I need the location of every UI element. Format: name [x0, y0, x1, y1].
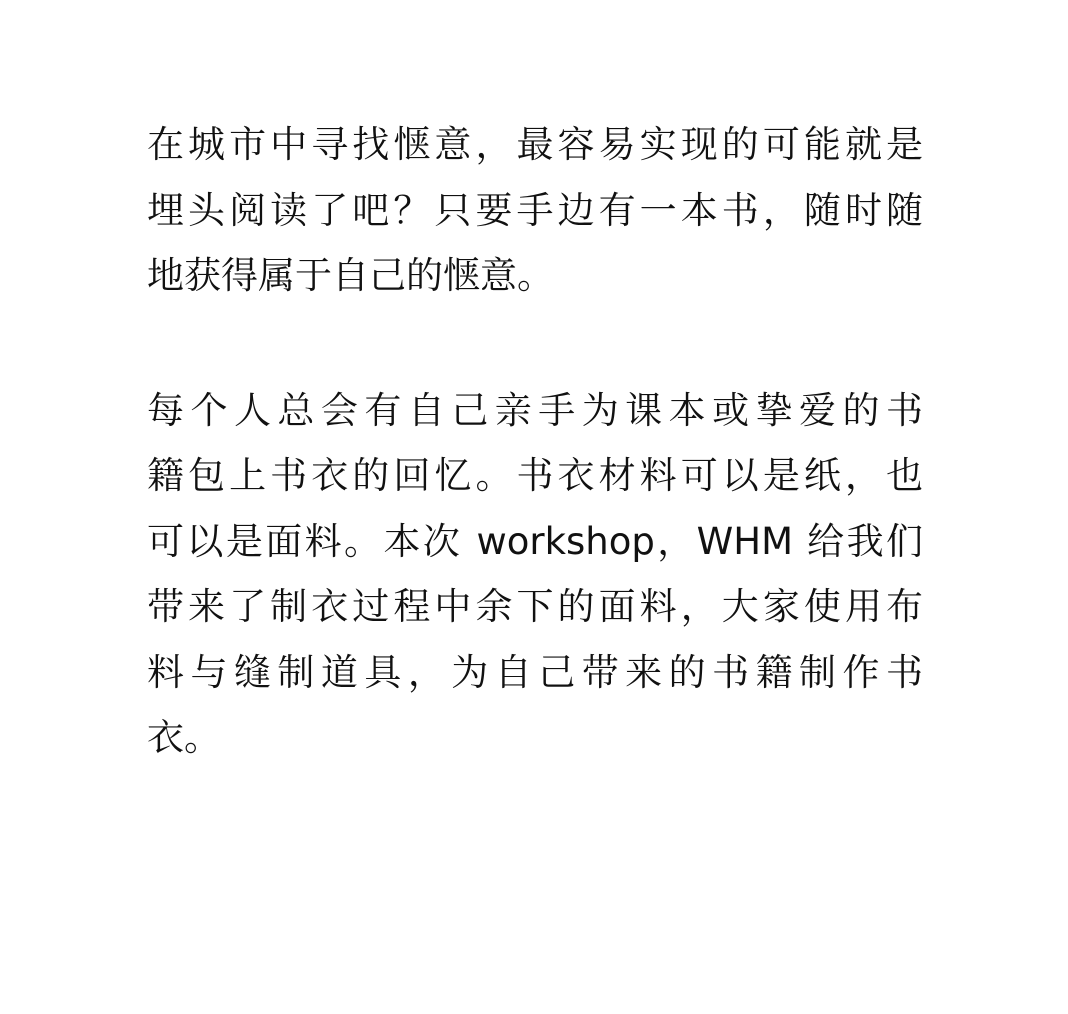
- text-line: 料与缝制道具，为自己带来的书籍制作书: [147, 640, 923, 706]
- text-line: 籍包上书衣的回忆。书衣材料可以是纸，也: [147, 443, 923, 509]
- article-body: 在城市中寻找惬意，最容易实现的可能就是 埋头阅读了吧？只要手边有一本书，随时随 …: [147, 112, 923, 771]
- text-line: 埋头阅读了吧？只要手边有一本书，随时随: [147, 178, 923, 244]
- text-line: 在城市中寻找惬意，最容易实现的可能就是: [147, 112, 923, 178]
- text-line: 衣。: [147, 705, 923, 771]
- paragraph-intro: 在城市中寻找惬意，最容易实现的可能就是 埋头阅读了吧？只要手边有一本书，随时随 …: [147, 112, 923, 309]
- text-line: 每个人总会有自己亲手为课本或挚爱的书: [147, 378, 923, 444]
- text-line: 带来了制衣过程中余下的面料，大家使用布: [147, 574, 923, 640]
- text-line: 可以是面料。本次 workshop，WHM 给我们: [147, 509, 923, 575]
- text-line: 地获得属于自己的惬意。: [147, 243, 923, 309]
- paragraph-spacer: [147, 309, 923, 378]
- paragraph-workshop: 每个人总会有自己亲手为课本或挚爱的书 籍包上书衣的回忆。书衣材料可以是纸，也 可…: [147, 378, 923, 771]
